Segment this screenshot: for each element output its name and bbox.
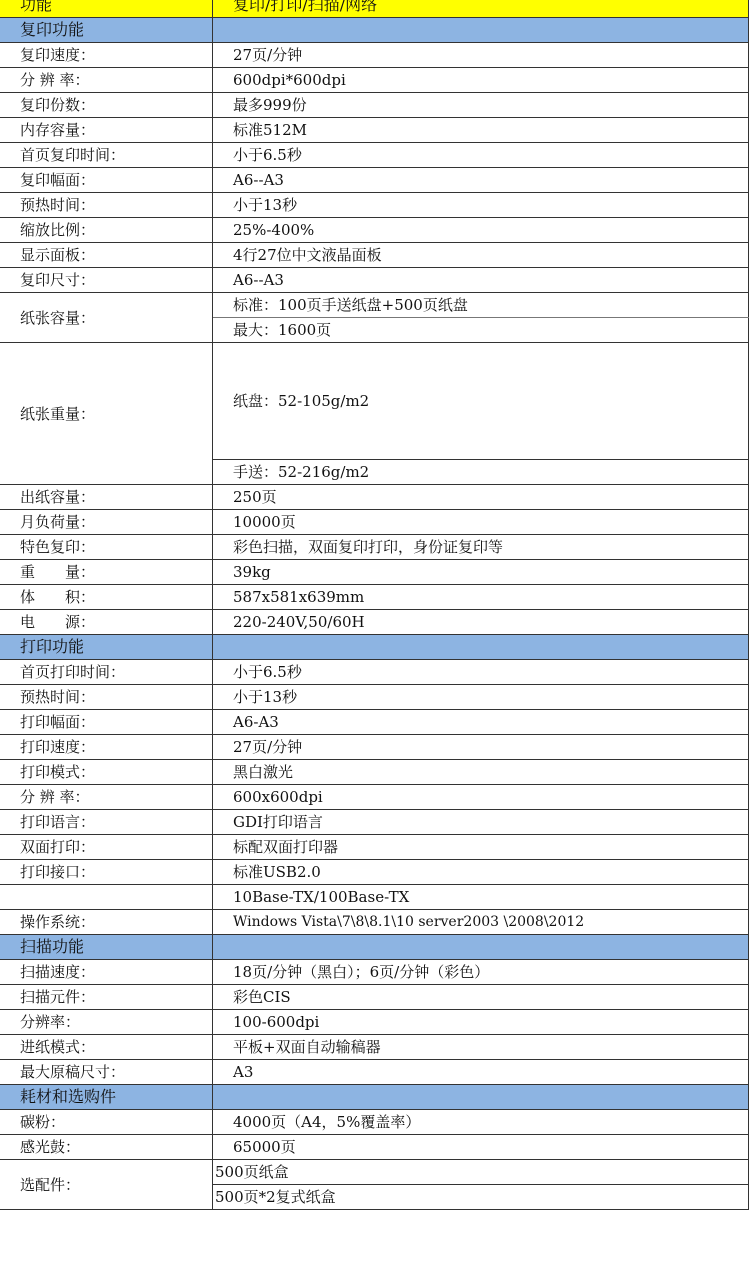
row-label: 打印语言： [0, 810, 213, 835]
table-row: 月负荷量：10000页 [0, 510, 749, 535]
row-value: 标准512M [213, 118, 749, 143]
row-value: 4000页（A4，5%覆盖率） [213, 1110, 749, 1135]
row-label: 分 辨 率： [0, 68, 213, 93]
row-value: A3 [213, 1060, 749, 1085]
row-label: 分 辨 率： [0, 785, 213, 810]
table-row: 复印幅面：A6--A3 [0, 168, 749, 193]
row-label: 电 源： [0, 610, 213, 635]
table-row: 打印速度：27页/分钟 [0, 735, 749, 760]
row-label: 显示面板： [0, 243, 213, 268]
row-value: 100-600dpi [213, 1010, 749, 1035]
row-value: 小于6.5秒 [213, 660, 749, 685]
row-value: 587x581x639mm [213, 585, 749, 610]
row-label: 纸张重量： [0, 343, 213, 485]
row-value: Windows Vista\7\8\8.1\10 server2003 \200… [213, 910, 749, 935]
row-label [0, 885, 213, 910]
table-row: 进纸模式：平板+双面自动输稿器 [0, 1035, 749, 1060]
row-value: 10000页 [213, 510, 749, 535]
row-label: 碳粉： [0, 1110, 213, 1135]
section-blank [213, 1085, 749, 1110]
row-value: 500页纸盒 [213, 1160, 749, 1185]
table-row: 复印份数：最多999份 [0, 93, 749, 118]
row-value: A6--A3 [213, 168, 749, 193]
table-row: 重 量：39kg [0, 560, 749, 585]
row-label: 预热时间： [0, 193, 213, 218]
row-value: 600x600dpi [213, 785, 749, 810]
table-row: 预热时间：小于13秒 [0, 193, 749, 218]
table-row: 复印尺寸：A6--A3 [0, 268, 749, 293]
row-label: 出纸容量： [0, 485, 213, 510]
table-row: 最大原稿尺寸：A3 [0, 1060, 749, 1085]
header-label: 功能 [0, 0, 213, 18]
header-value: 复印/打印/扫描/网络 [213, 0, 749, 18]
row-label: 预热时间： [0, 685, 213, 710]
table-row: 打印模式：黑白激光 [0, 760, 749, 785]
table-row: 扫描元件：彩色CIS [0, 985, 749, 1010]
row-value: 18页/分钟（黑白）；6页/分钟（彩色） [213, 960, 749, 985]
row-label: 打印速度： [0, 735, 213, 760]
table-row: 预热时间：小于13秒 [0, 685, 749, 710]
section-copy: 复印功能 [0, 18, 749, 43]
table-row: 分 辨 率：600x600dpi [0, 785, 749, 810]
row-value: 纸盘：52-105g/m2 [213, 343, 749, 460]
table-row: 内存容量：标准512M [0, 118, 749, 143]
row-value: 220-240V,50/60H [213, 610, 749, 635]
table-row: 首页复印时间：小于6.5秒 [0, 143, 749, 168]
section-print: 打印功能 [0, 635, 749, 660]
table-row: 10Base-TX/100Base-TX [0, 885, 749, 910]
row-value: 最大：1600页 [213, 318, 749, 343]
table-row-paper-capacity: 纸张容量： 标准：100页手送纸盘+500页纸盘 [0, 293, 749, 318]
table-header-row: 功能 复印/打印/扫描/网络 [0, 0, 749, 18]
table-row: 扫描速度：18页/分钟（黑白）；6页/分钟（彩色） [0, 960, 749, 985]
table-row: 双面打印：标配双面打印器 [0, 835, 749, 860]
section-blank [213, 18, 749, 43]
section-blank [213, 635, 749, 660]
row-label: 扫描速度： [0, 960, 213, 985]
row-value: 27页/分钟 [213, 43, 749, 68]
table-row: 感光鼓：65000页 [0, 1135, 749, 1160]
row-label: 选配件： [0, 1160, 213, 1210]
section-title: 打印功能 [0, 635, 213, 660]
row-label: 体 积： [0, 585, 213, 610]
row-value: 65000页 [213, 1135, 749, 1160]
table-row-options: 选配件： 500页纸盒 [0, 1160, 749, 1185]
section-scan: 扫描功能 [0, 935, 749, 960]
section-consumables: 耗材和选购件 [0, 1085, 749, 1110]
table-row: 分 辨 率：600dpi*600dpi [0, 68, 749, 93]
row-label: 打印接口： [0, 860, 213, 885]
table-row: 电 源：220-240V,50/60H [0, 610, 749, 635]
table-row: 复印速度：27页/分钟 [0, 43, 749, 68]
section-title: 复印功能 [0, 18, 213, 43]
row-value: A6--A3 [213, 268, 749, 293]
row-label: 双面打印： [0, 835, 213, 860]
row-value: 手送：52-216g/m2 [213, 460, 749, 485]
row-value: 小于6.5秒 [213, 143, 749, 168]
table-row: 打印语言：GDI打印语言 [0, 810, 749, 835]
row-value: 27页/分钟 [213, 735, 749, 760]
row-value: 彩色扫描，双面复印打印，身份证复印等 [213, 535, 749, 560]
row-value: 彩色CIS [213, 985, 749, 1010]
table-row: 显示面板：4行27位中文液晶面板 [0, 243, 749, 268]
table-row: 体 积：587x581x639mm [0, 585, 749, 610]
row-value: 4行27位中文液晶面板 [213, 243, 749, 268]
row-label: 进纸模式： [0, 1035, 213, 1060]
row-label: 月负荷量： [0, 510, 213, 535]
table-row: 打印幅面：A6-A3 [0, 710, 749, 735]
row-value: 平板+双面自动输稿器 [213, 1035, 749, 1060]
row-label: 重 量： [0, 560, 213, 585]
row-label: 感光鼓： [0, 1135, 213, 1160]
row-value: 小于13秒 [213, 685, 749, 710]
row-value: 标准USB2.0 [213, 860, 749, 885]
row-label: 复印速度： [0, 43, 213, 68]
row-label: 打印幅面： [0, 710, 213, 735]
row-value: 小于13秒 [213, 193, 749, 218]
row-value: A6-A3 [213, 710, 749, 735]
table-row: 分辨率：100-600dpi [0, 1010, 749, 1035]
row-label: 特色复印： [0, 535, 213, 560]
row-value: 500页*2复式纸盒 [213, 1185, 749, 1210]
row-label: 分辨率： [0, 1010, 213, 1035]
row-label: 缩放比例： [0, 218, 213, 243]
table-row: 出纸容量：250页 [0, 485, 749, 510]
table-row: 首页打印时间：小于6.5秒 [0, 660, 749, 685]
row-value: 250页 [213, 485, 749, 510]
table-row-paper-weight: 纸张重量： 纸盘：52-105g/m2 [0, 343, 749, 460]
row-label: 复印尺寸： [0, 268, 213, 293]
row-label: 内存容量： [0, 118, 213, 143]
table-row: 特色复印：彩色扫描，双面复印打印，身份证复印等 [0, 535, 749, 560]
table-row: 碳粉：4000页（A4，5%覆盖率） [0, 1110, 749, 1135]
table-row: 打印接口：标准USB2.0 [0, 860, 749, 885]
row-label: 复印幅面： [0, 168, 213, 193]
row-label: 最大原稿尺寸： [0, 1060, 213, 1085]
row-value: 10Base-TX/100Base-TX [213, 885, 749, 910]
row-label: 首页复印时间： [0, 143, 213, 168]
row-label: 首页打印时间： [0, 660, 213, 685]
row-label: 打印模式： [0, 760, 213, 785]
row-label: 扫描元件： [0, 985, 213, 1010]
row-value: GDI打印语言 [213, 810, 749, 835]
row-label: 操作系统： [0, 910, 213, 935]
row-label: 复印份数： [0, 93, 213, 118]
table-row: 操作系统：Windows Vista\7\8\8.1\10 server2003… [0, 910, 749, 935]
row-value: 标准：100页手送纸盘+500页纸盘 [213, 293, 749, 318]
row-value: 39kg [213, 560, 749, 585]
row-value: 标配双面打印器 [213, 835, 749, 860]
row-value: 600dpi*600dpi [213, 68, 749, 93]
row-label: 纸张容量： [0, 293, 213, 343]
row-value: 25%-400% [213, 218, 749, 243]
table-row: 缩放比例：25%-400% [0, 218, 749, 243]
spec-table: 功能 复印/打印/扫描/网络 复印功能 复印速度：27页/分钟 分 辨 率：60… [0, 0, 749, 1210]
section-title: 扫描功能 [0, 935, 213, 960]
row-value: 最多999份 [213, 93, 749, 118]
row-value: 黑白激光 [213, 760, 749, 785]
section-blank [213, 935, 749, 960]
section-title: 耗材和选购件 [0, 1085, 213, 1110]
